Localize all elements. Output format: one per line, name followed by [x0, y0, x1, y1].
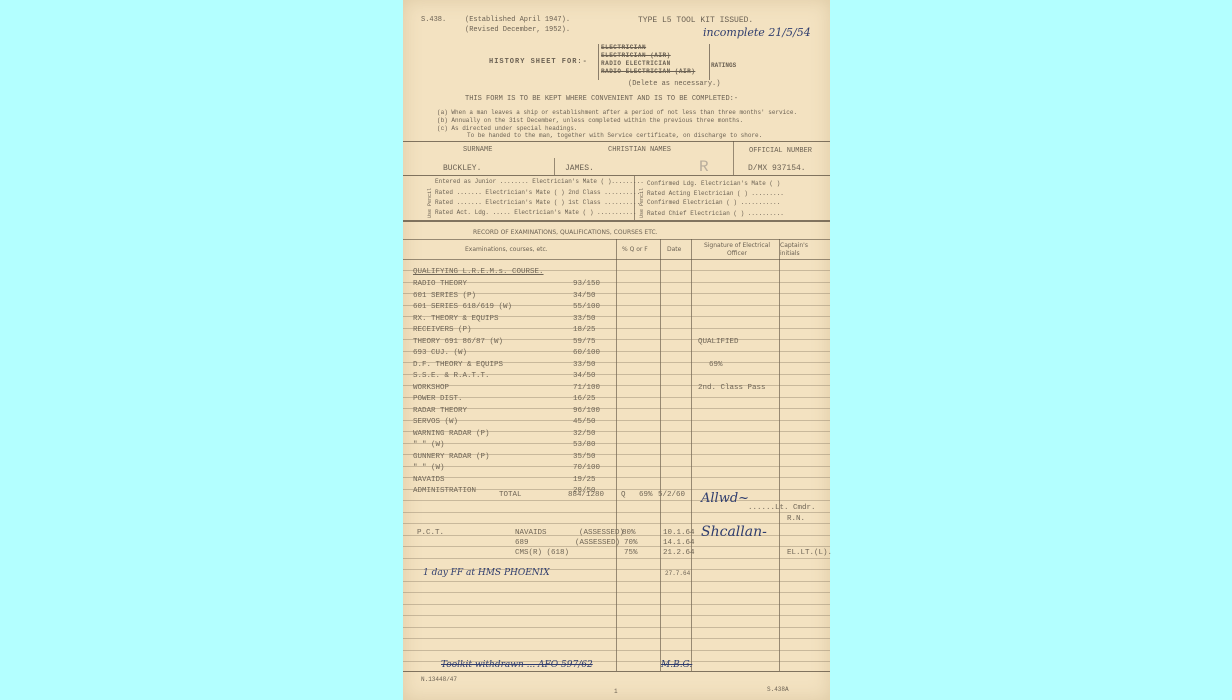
instruction-c: (c) As directed under special headings. [437, 125, 577, 132]
col-date: Date [667, 246, 681, 253]
handwritten-entry: 1 day FF at HMS PHOENIX [423, 568, 550, 578]
pct-course-3: CMS(R) (618) [515, 549, 569, 557]
surname-label: SURNAME [463, 146, 492, 154]
struck-toolkit-entry: Toolkit withdrawn ... AFO 597/62 [441, 660, 593, 670]
exam-note: 2nd. Class Pass [698, 384, 766, 392]
left-rate-2: Rated ....... Electrician's Mate ( ) 2nd… [435, 189, 640, 196]
rating-electrician-air: ELECTRICIAN (AIR) [599, 52, 709, 60]
col-exams: Examinations, courses, etc. [465, 246, 548, 253]
officer-service: R.N. [787, 515, 805, 523]
right-rate-4: Rated Chief Electrician ( ) .......... [647, 210, 784, 217]
exam-name: WORKSHOP [413, 384, 449, 392]
history-sheet-label: HISTORY SHEET FOR:- [489, 58, 588, 66]
instruction-footer: To be handed to the man, together with S… [467, 132, 762, 139]
exam-name: 601 SERIES (P) [413, 292, 476, 300]
exam-name: RADAR THEORY [413, 407, 467, 415]
christian-names-value: JAMES. [565, 164, 594, 173]
exam-score: 60/100 [573, 349, 600, 357]
right-rate-3: Confirmed Electrician ( ) ........... [647, 199, 780, 206]
instructions-title: THIS FORM IS TO BE KEPT WHERE CONVENIENT… [465, 95, 738, 103]
exam-score: 96/100 [573, 407, 600, 415]
exam-score: 16/25 [573, 395, 596, 403]
divider [403, 141, 830, 142]
officer-signature-2: Shcallan- [701, 524, 767, 540]
use-pencil-left: Use Pencil [427, 188, 433, 218]
ratings-box: ELECTRICIAN ELECTRICIAN (AIR) RADIO ELEC… [598, 44, 710, 80]
exam-score: 59/75 [573, 338, 596, 346]
exam-score: 93/150 [573, 280, 600, 288]
exam-score: 34/50 [573, 292, 596, 300]
rating-radio-electrician: RADIO ELECTRICIAN [599, 60, 709, 68]
delete-note: (Delete as necessary.) [628, 80, 720, 88]
exam-name: THEORY 691 86/87 (W) [413, 338, 503, 346]
handwritten-r: R [699, 158, 709, 176]
record-title: RECORD OF EXAMINATIONS, QUALIFICATIONS, … [473, 229, 658, 236]
use-pencil-right: Use Pencil [639, 188, 645, 218]
exam-name: WARNING RADAR (P) [413, 430, 490, 438]
exam-score: 34/50 [573, 372, 596, 380]
officer-signature-1: Allwd~ [701, 491, 749, 506]
pct-date-3: 21.2.64 [663, 549, 695, 557]
official-number-label: OFFICIAL NUMBER [749, 147, 812, 155]
pct-pct-1: 80% [622, 529, 636, 537]
revised-date: (Revised December, 1952). [465, 26, 570, 34]
left-rate-3: Rated ....... Electrician's Mate ( ) 1st… [435, 199, 640, 206]
exam-score: 18/25 [573, 326, 596, 334]
official-number-value: D/MX 937154. [748, 164, 806, 173]
pct-status-1: (ASSESSED) [579, 529, 624, 537]
instruction-a: (a) When a man leaves a ship or establis… [437, 109, 797, 116]
exam-score: 53/80 [573, 441, 596, 449]
exam-score: 19/25 [573, 476, 596, 484]
struck-toolkit-initials: M.B.G. [661, 660, 692, 670]
exam-name: NAVAIDS [413, 476, 445, 484]
pct-date-2: 14.1.64 [663, 539, 695, 547]
total-date: 5/2/60 [658, 491, 685, 499]
exam-score: 71/100 [573, 384, 600, 392]
exam-name: 601 SERIES 618/619 (W) [413, 303, 512, 311]
surname-value: BUCKLEY. [443, 164, 481, 173]
total-q: Q [621, 491, 626, 499]
pct-officer: EL.LT.(L). [787, 549, 832, 557]
officer-rank: ......Lt. Cmdr. [748, 504, 816, 512]
exam-name: ADMINISTRATION [413, 487, 476, 495]
course-heading: QUALIFYING L.R.E.M.s. COURSE. [413, 268, 544, 276]
right-rate-1: Confirmed Ldg. Electrician's Mate ( ) [647, 180, 780, 187]
exam-score: 35/50 [573, 453, 596, 461]
exam-score: 32/50 [573, 430, 596, 438]
exam-note: 69% [709, 361, 723, 369]
instruction-b: (b) Annually on the 31st December, unles… [437, 117, 743, 124]
exam-name: " " (W) [413, 464, 445, 472]
pct-status-2: (ASSESSED) [575, 539, 620, 547]
form-id: S.438. [421, 16, 446, 24]
ratings-suffix: RATINGS [711, 62, 736, 69]
handwritten-entry-date: 27.7.64 [665, 570, 690, 577]
history-sheet-document: S.438. (Established April 1947). (Revise… [403, 0, 830, 700]
exam-score: 33/50 [573, 361, 596, 369]
exam-name: " " (W) [413, 441, 445, 449]
left-rate-4: Rated Act. Ldg. ..... Electrician's Mate… [435, 209, 637, 216]
total-label: TOTAL [499, 491, 522, 499]
exam-name: D.F. THEORY & EQUIPS [413, 361, 503, 369]
right-rate-2: Rated Acting Electrician ( ) ......... [647, 190, 784, 197]
pct-course-1: NAVAIDS [515, 529, 547, 537]
col-pct: % Q or F [622, 246, 648, 253]
exam-name: S.S.E. & R.A.T.T. [413, 372, 490, 380]
exam-score: 45/50 [573, 418, 596, 426]
total-score: 884/1280 [568, 491, 604, 499]
col-captain: Captain's initials [780, 242, 828, 258]
pct-label: P.C.T. [417, 529, 444, 537]
pct-course-2: 689 [515, 539, 529, 547]
tool-kit-handwritten: incomplete 21/5/54 [703, 26, 811, 39]
total-pct: 69% [639, 491, 653, 499]
exam-name: POWER DIST. [413, 395, 463, 403]
christian-names-label: CHRISTIAN NAMES [608, 146, 671, 154]
pct-date-1: 10.1.64 [663, 529, 695, 537]
established-date: (Established April 1947). [465, 16, 570, 24]
exam-name: RECEIVERS (P) [413, 326, 472, 334]
footer-form-number: N.13448/47 [421, 676, 457, 683]
exam-score: 33/50 [573, 315, 596, 323]
exam-score: 70/100 [573, 464, 600, 472]
exam-note: QUALIFIED [698, 338, 739, 346]
exam-name: 693 CUJ. (W) [413, 349, 467, 357]
col-signature: Signature of Electrical Officer [695, 242, 779, 258]
exam-score: 55/100 [573, 303, 600, 311]
footer-form-id: S.438A [767, 686, 789, 693]
page-number: 1 [614, 688, 618, 695]
pct-pct-2: 70% [624, 539, 638, 547]
exam-name: RX. THEORY & EQUIPS [413, 315, 499, 323]
pct-pct-3: 75% [624, 549, 638, 557]
rating-electrician: ELECTRICIAN [599, 44, 709, 52]
rating-radio-electrician-air: RADIO ELECTRICIAN (AIR) [599, 68, 709, 76]
exam-name: RADIO THEORY [413, 280, 467, 288]
exam-name: GUNNERY RADAR (P) [413, 453, 490, 461]
exam-name: SERVOS (W) [413, 418, 458, 426]
tool-kit-title: TYPE L5 TOOL KIT ISSUED. [638, 16, 753, 25]
left-rate-1: Entered as Junior ........ Electrician's… [435, 178, 644, 185]
